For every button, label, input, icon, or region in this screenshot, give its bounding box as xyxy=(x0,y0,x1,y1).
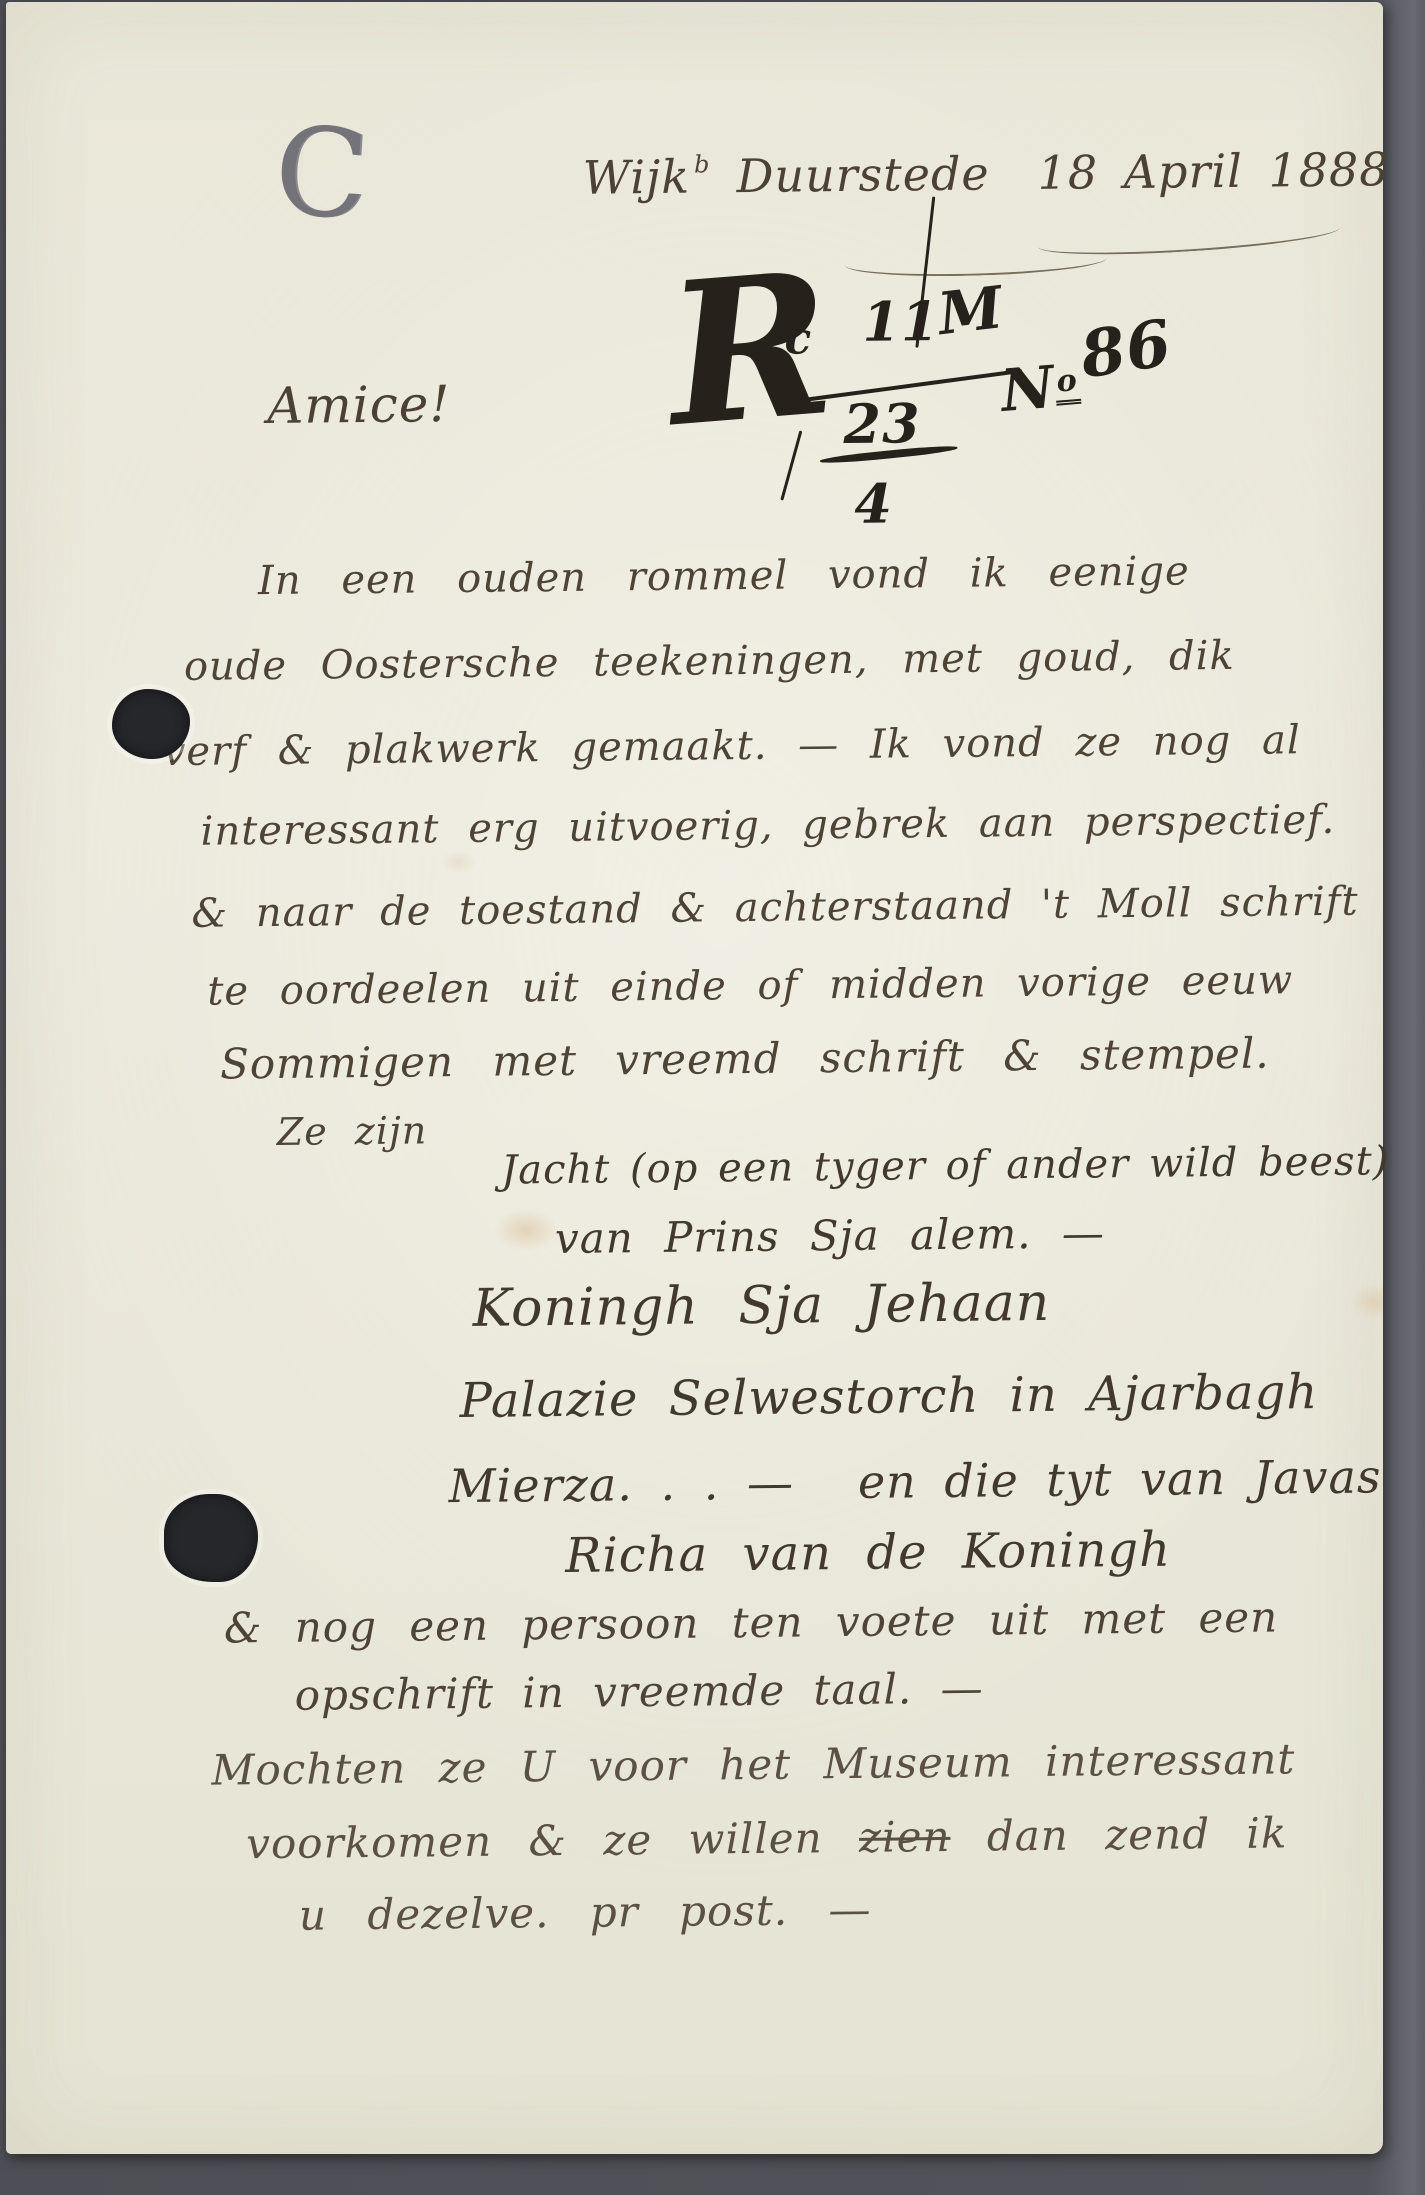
scanned-letter: C WijkbDuurstede18 April 1888 R c 11 M 2… xyxy=(0,0,1425,2195)
struck-word: zien xyxy=(859,1812,951,1862)
list-line: Mierza. . . —en die tyt van Javas xyxy=(448,1453,1381,1509)
body-line: oude Oostersche teekeningen, met goud, d… xyxy=(184,636,1235,687)
body-line: te oordeelen uit einde of midden vorige … xyxy=(207,960,1293,1011)
registration-annotation-m: M xyxy=(935,278,1006,343)
registration-annotation-number: 11 xyxy=(862,294,940,349)
number-sign-o: o xyxy=(1053,363,1081,406)
registration-number: 86 xyxy=(1076,312,1176,389)
body-line: verf & plakwerk gemaakt. — Ik vond ze no… xyxy=(163,720,1301,772)
letter-page: C WijkbDuurstede18 April 1888 R c 11 M 2… xyxy=(6,2,1383,2154)
dateline-place: Wijk xyxy=(583,150,691,205)
body-line: In een ouden rommel vond ik eenige xyxy=(258,551,1190,601)
list-line: Palazie Selwestorch in Ajarbagh xyxy=(459,1368,1318,1425)
punch-hole xyxy=(164,1494,258,1582)
body-line: & naar de toestand & achterstaand 't Mol… xyxy=(191,882,1359,934)
ink-layer: C WijkbDuurstede18 April 1888 R c 11 M 2… xyxy=(0,0,1396,2160)
closing-line: Mochten ze U voor het Museum interessant xyxy=(211,1738,1295,1791)
closing-pre: voorkomen & ze willen xyxy=(246,1813,823,1868)
dateline: WijkbDuurstede18 April 1888 xyxy=(583,145,1390,200)
list-line-tyt-van-javas: en die tyt van Javas xyxy=(858,1449,1382,1508)
dateline-underline-flourish xyxy=(844,242,1107,279)
registration-fraction-numerator: 23 xyxy=(843,396,921,451)
body-line: interessant erg uitvoerig, gebrek aan pe… xyxy=(200,800,1335,852)
list-line: Koningh Sja Jehaan xyxy=(472,1277,1050,1335)
number-sign-n: N xyxy=(998,353,1057,425)
list-line: Jacht (op een tyger of ander wild beest) xyxy=(501,1141,1389,1190)
list-line-mierza: Mierza. . . — xyxy=(448,1456,794,1514)
list-line: Richa van de Koningh xyxy=(565,1526,1171,1580)
registration-annotation-c: c xyxy=(784,317,812,361)
registration-number-sign: No xyxy=(999,356,1083,420)
body-line: opschrift in vreemde taal. — xyxy=(294,1668,983,1717)
punch-hole xyxy=(112,689,190,759)
closing-line: u dezelve. pr post. — xyxy=(299,1889,872,1937)
body-line: & nog een persoon ten voete uit met een xyxy=(224,1596,1279,1649)
salutation: Amice! xyxy=(267,379,451,431)
dateline-date: 18 April 1888 xyxy=(1037,142,1389,200)
closing-line: voorkomen & ze willen zien dan zend ik xyxy=(246,1812,1287,1865)
dateline-place-abbr: b xyxy=(694,150,711,178)
body-line: Ze zijn xyxy=(277,1111,428,1151)
list-line: van Prins Sja alem. — xyxy=(555,1212,1105,1260)
body-line: Sommigen met vreemd schrift & stempel. xyxy=(220,1033,1270,1086)
pencil-mark: C xyxy=(271,110,372,237)
closing-post: dan zend ik xyxy=(987,1808,1288,1860)
dateline-place-main: Duurstede xyxy=(736,146,990,203)
registration-fraction-denominator: 4 xyxy=(854,476,893,530)
registration-initial: R xyxy=(661,246,840,455)
